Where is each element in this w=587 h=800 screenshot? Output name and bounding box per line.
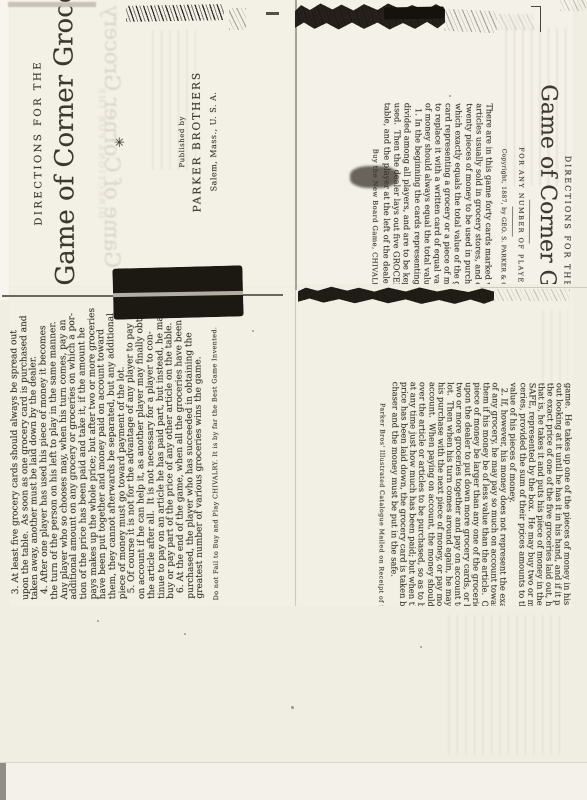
panel-directions-page-2: game. He takes up one of the pieces of m… [297, 288, 573, 606]
photocopy-speck-cluster [229, 8, 246, 30]
panel-directions-page-3: 3. At least five grocery cards should al… [10, 288, 294, 606]
ghost-text-columns [505, 28, 567, 186]
photocopy-dash-mark [266, 12, 279, 15]
photocopy-smudge [498, 14, 534, 30]
text-line: chaser and the money must be put in the … [389, 382, 400, 606]
text-line: There are in this game forty cards marke… [483, 103, 495, 284]
photocopy-ink-bar [384, 6, 444, 19]
page2-footer-ad: Parker Bros' Illustrated Catalogue Maile… [377, 358, 386, 606]
text-line: to replace it with a written card of equ… [432, 103, 444, 284]
paper-edge-highlight [0, 0, 9, 300]
page3-body: 3. At least five grocery cards should al… [10, 305, 206, 606]
horizontal-fold-crease-left [2, 295, 114, 297]
text-line: which exactly equals the total value of … [452, 103, 464, 284]
header-rule [529, 200, 530, 244]
photocopy-streak [8, 2, 96, 7]
photocopy-speckle-band [444, 9, 497, 34]
text-line: divided among all players, and are to be… [401, 103, 413, 284]
ghost-text-columns [448, 615, 566, 755]
publisher-location: Salem, Mass., U. S. A. [208, 0, 219, 285]
page1-body: There are in this game forty cards marke… [381, 79, 495, 284]
paper-speck [97, 620, 99, 622]
ghost-text-columns [152, 30, 196, 170]
text-line: used. Then the dealer lays out five GROC… [391, 103, 403, 284]
page3-footer-ad: Do not Fail to Buy and Play CHIVALRY. It… [210, 305, 220, 606]
paper-speck [449, 95, 451, 97]
scanner-bed-dark-edge [0, 763, 6, 800]
directions-page-2: game. He takes up one of the pieces of m… [297, 357, 573, 606]
paper-speck [552, 545, 554, 547]
text-line: greatest number of various groceries win… [194, 321, 206, 599]
text-line: card representing a grocery or a piece o… [442, 103, 454, 284]
scanner-bed-strip [0, 762, 587, 800]
vertical-fold-crease [295, 0, 297, 290]
paper-speck [420, 646, 422, 648]
paper-speck [184, 633, 186, 635]
ghost-kicker-showthrough: DIRECTIONS FOR THE [97, 86, 106, 218]
photocopy-smudge-blob [350, 166, 398, 188]
horizontal-fold-crease-mid [243, 294, 283, 296]
scanned-leaflet-photocopy: DIRECTIONS FOR THE Game of Corner Grocer… [0, 0, 587, 800]
cover-title: Game of Corner Grocery [49, 0, 81, 286]
vertical-fold-crease-lower [295, 290, 296, 606]
text-line: twenty pieces of money to be used in pur… [462, 103, 474, 284]
paper-speck [518, 531, 520, 533]
text-line: articles usually sold in grocery stores,… [473, 103, 485, 284]
photocopy-speckle-band [126, 4, 224, 22]
horizontal-fold-crease-right [480, 287, 587, 288]
text-line: 1. In the beginning the cards representi… [411, 103, 423, 284]
paper-speck [566, 172, 568, 174]
paper-speck [252, 330, 254, 332]
photocopy-corner-specks [560, 0, 586, 11]
paper-speck [291, 706, 294, 709]
ghost-text-columns [542, 310, 568, 560]
text-line: of money should always equal the total v… [422, 103, 434, 284]
directions-page-3: 3. At least five grocery cards should al… [10, 304, 294, 606]
photocopy-speckle-band [494, 289, 570, 301]
text-line: table, and the player at the left of the… [381, 103, 393, 284]
cover-kicker: DIRECTIONS FOR THE [32, 0, 45, 286]
header-rule [512, 207, 513, 237]
photocopy-bracket-mark [531, 6, 541, 32]
